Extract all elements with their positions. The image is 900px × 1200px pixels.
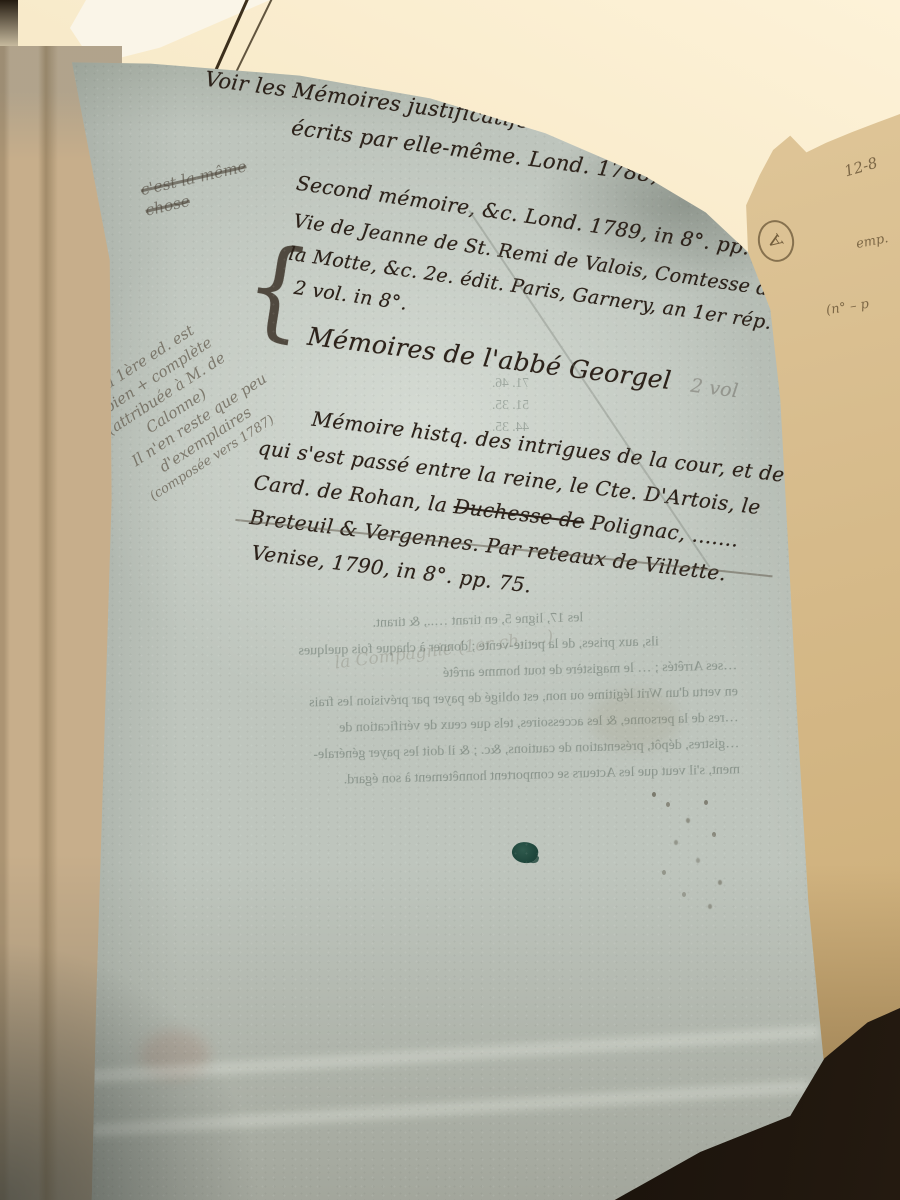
teal-ink-blot bbox=[510, 839, 541, 866]
photo-scene: A 12-8 emp. (n° – p les 17, ligne 5, en … bbox=[0, 0, 900, 1200]
heading-pencil-note: 2 vol bbox=[689, 375, 739, 403]
paper-fold-line bbox=[90, 1080, 809, 1137]
crossed-out-scribble: c'est la même chose bbox=[139, 156, 254, 221]
circled-letter: A bbox=[764, 230, 787, 251]
ink-speckles bbox=[652, 792, 656, 797]
show-through-number: 51. 35. bbox=[492, 394, 529, 416]
foxing-stain bbox=[590, 690, 680, 750]
entry-memoire-histq: Mémoire histq. des intrigues de la cour,… bbox=[244, 396, 817, 636]
